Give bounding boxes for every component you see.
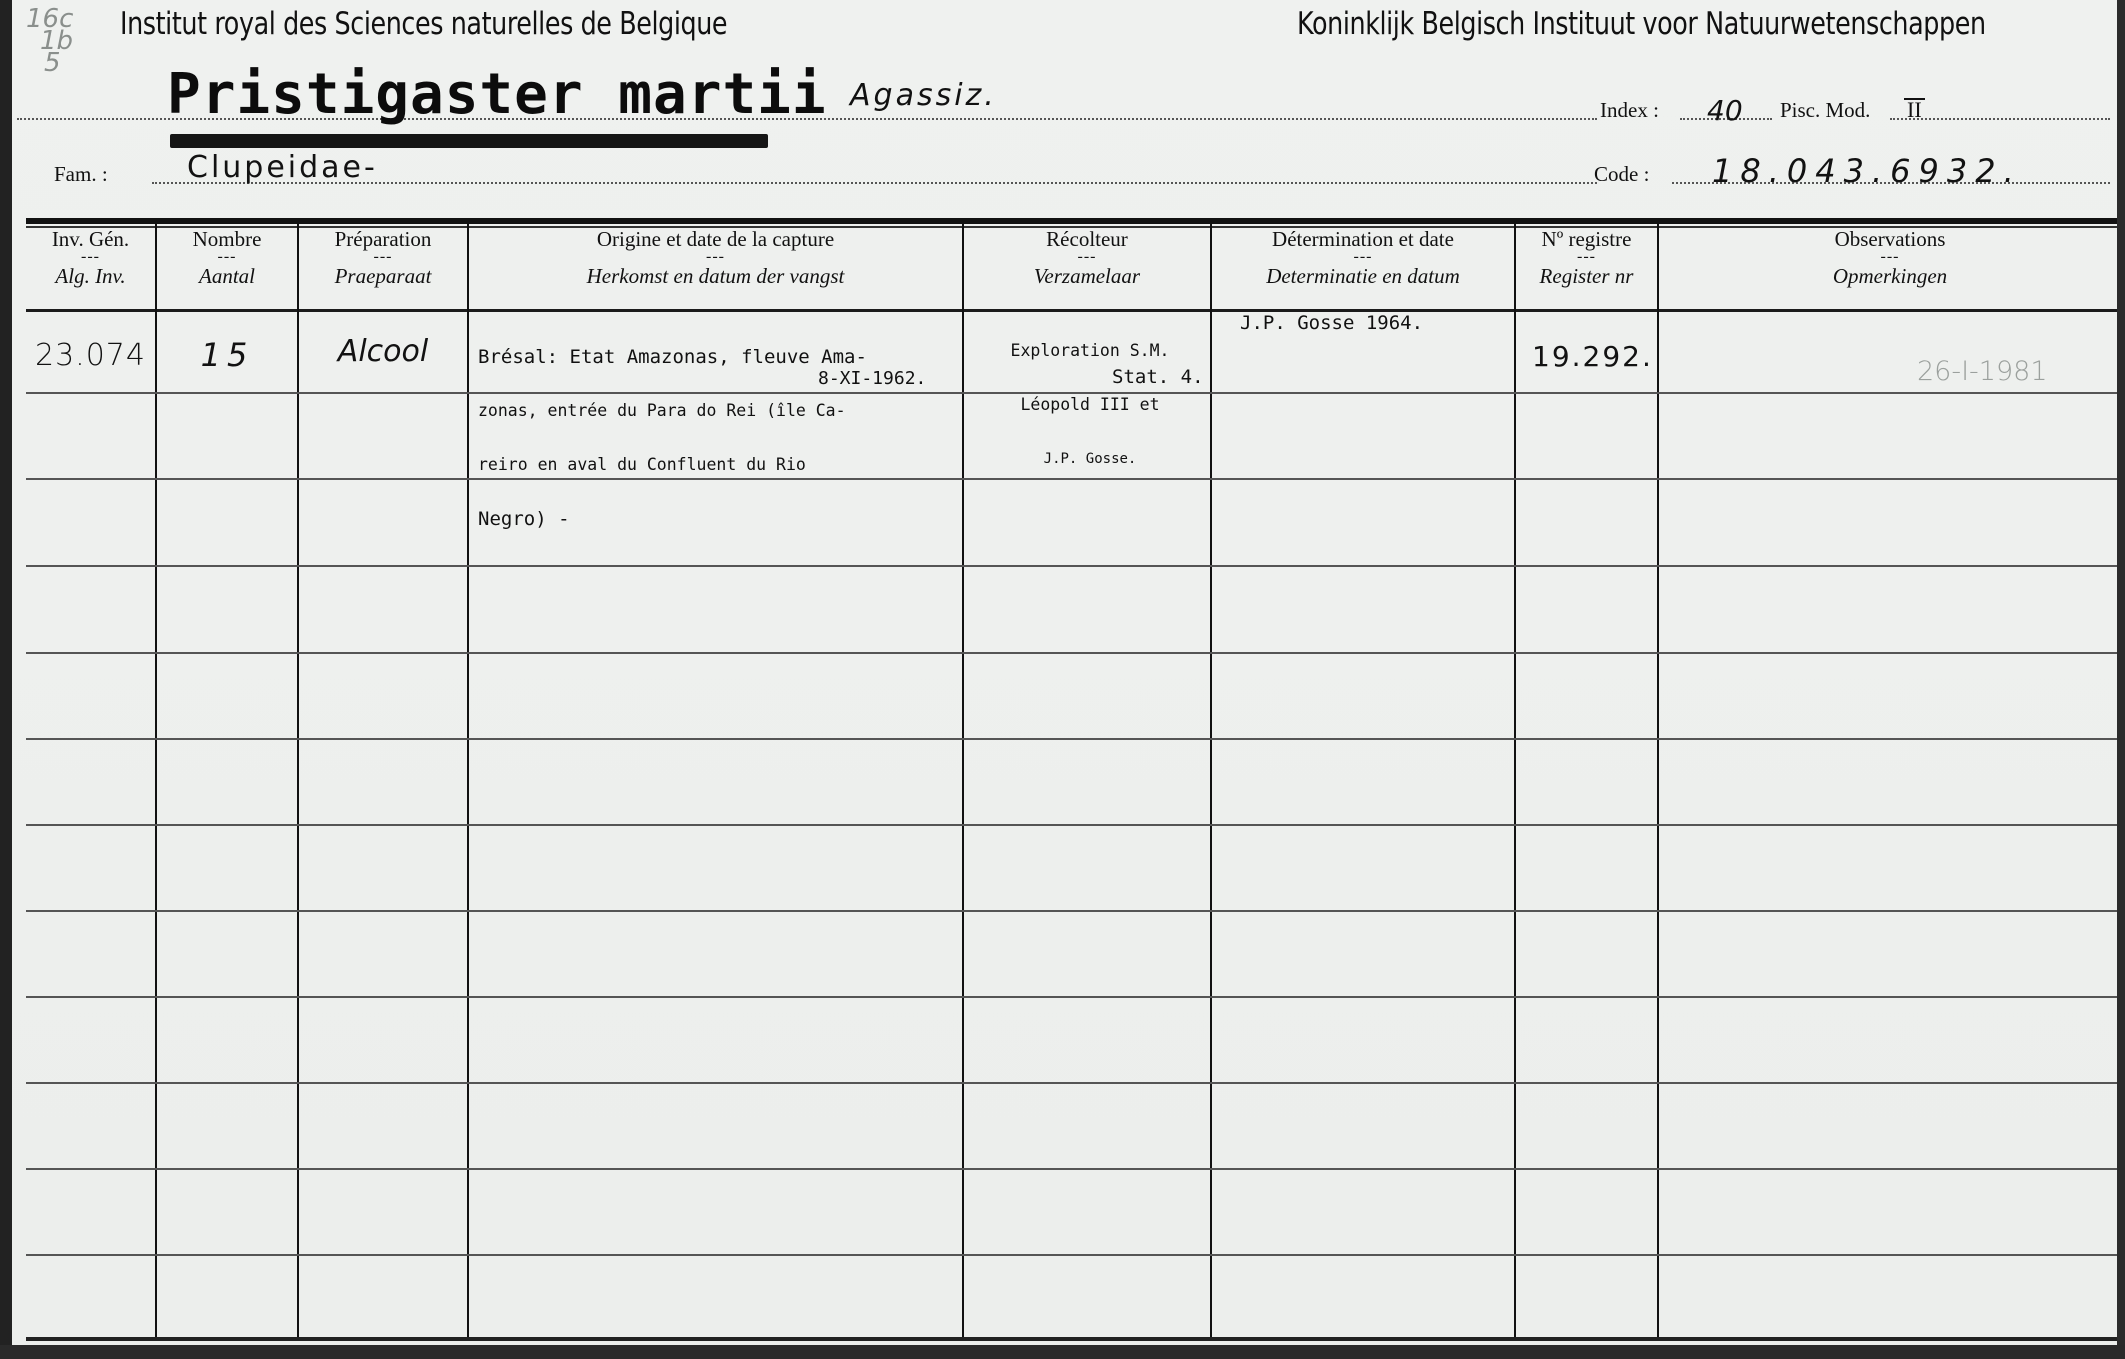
row-line <box>26 652 2121 654</box>
index-value: 40 <box>1707 94 1743 127</box>
column-header-nombre: Nombre --- Aantal <box>157 228 297 287</box>
column-header-preparation: Préparation --- Praeparaat <box>299 228 467 287</box>
header-fr: Origine et date de la capture <box>469 228 962 250</box>
cell-determination: J.P. Gosse 1964. <box>1240 314 1423 332</box>
pisc-mod-label: Pisc. Mod. <box>1780 98 1870 123</box>
cell-origine-date: 8-XI-1962. <box>818 370 926 388</box>
header-nl: Register nr <box>1516 265 1657 287</box>
header-fr: Préparation <box>299 228 467 250</box>
header-nl: Verzamelaar <box>964 265 1210 287</box>
header-fr: Observations <box>1659 228 2121 250</box>
row-line <box>26 1254 2121 1256</box>
header-fr: Nombre <box>157 228 297 250</box>
species-underline-bar <box>170 134 768 148</box>
column-header-registre: Nº registre --- Register nr <box>1516 228 1657 287</box>
cell-preparation: Alcool <box>299 334 467 369</box>
header-nl: Herkomst en datum der vangst <box>469 265 962 287</box>
origine-line: Brésal: Etat Amazonas, fleuve Ama- <box>478 348 867 366</box>
header-nl: Alg. Inv. <box>26 265 155 287</box>
header-fr: Nº registre <box>1516 228 1657 250</box>
header-separator: --- <box>1212 250 1514 264</box>
scan-left-edge <box>0 0 12 1359</box>
header-fr: Inv. Gén. <box>26 228 155 250</box>
recolteur-line: Léopold III et <box>972 396 1208 414</box>
column-header-observations: Observations --- Opmerkingen <box>1659 228 2121 287</box>
code-value: 18.043.6932. <box>1712 152 2022 190</box>
cell-inv-gen: 23.074 <box>26 338 155 373</box>
index-label: Index : <box>1600 98 1659 123</box>
row-line <box>26 910 2121 912</box>
scan-right-edge <box>2117 0 2125 1359</box>
header-separator: --- <box>1516 250 1657 264</box>
scan-bottom-edge <box>0 1345 2125 1359</box>
header-separator: --- <box>1659 250 2121 264</box>
row-line <box>26 1168 2121 1170</box>
family-value: Clupeidae- <box>187 150 378 185</box>
row-line <box>26 996 2121 998</box>
catalogue-card: 16c 1b 5 Institut royal des Sciences nat… <box>12 0 2117 1345</box>
institute-name-french: Institut royal des Sciences naturelles d… <box>120 6 727 42</box>
origine-line: zonas, entrée du Para do Rei (île Ca- <box>478 402 867 420</box>
recolteur-line: Exploration S.M. <box>972 342 1208 360</box>
header-nl: Praeparaat <box>299 265 467 287</box>
table-top-rule <box>26 218 2121 224</box>
row-line <box>26 565 2121 567</box>
header-nl: Aantal <box>157 265 297 287</box>
header-separator: --- <box>469 250 962 264</box>
row-line <box>26 824 2121 826</box>
header-nl: Opmerkingen <box>1659 265 2121 287</box>
cell-observations: 26-I-1981 <box>1917 356 2048 387</box>
institute-name-dutch: Koninklijk Belgisch Instituut voor Natuu… <box>1297 6 1986 42</box>
column-header-determination: Détermination et date --- Determinatie e… <box>1212 228 1514 287</box>
column-header-recolteur: Récolteur --- Verzamelaar <box>964 228 1210 287</box>
origine-line: Negro) - <box>478 510 867 528</box>
recolteur-line: J.P. Gosse. <box>972 450 1208 468</box>
header-separator: --- <box>157 250 297 264</box>
cell-nombre: 15 <box>157 336 297 374</box>
cell-recolteur-station: Stat. 4. <box>1112 368 1204 386</box>
cell-recolteur: Exploration S.M. Léopold III et J.P. Gos… <box>972 306 1208 504</box>
header-separator: --- <box>299 250 467 264</box>
origine-line: reiro en aval du Confluent du Rio <box>478 456 867 474</box>
species-name: Pristigaster martii <box>167 62 827 127</box>
header-separator: --- <box>964 250 1210 264</box>
family-label: Fam. : <box>54 162 108 187</box>
header-fr: Récolteur <box>964 228 1210 250</box>
table-bottom-rule <box>26 1337 2121 1341</box>
cell-registre: 19.292. <box>1532 340 1653 373</box>
margin-note-line: 5 <box>26 52 86 74</box>
column-header-origine: Origine et date de la capture --- Herkom… <box>469 228 962 287</box>
species-author: Agassiz. <box>850 78 997 113</box>
row-line <box>26 738 2121 740</box>
header-nl: Determinatie en datum <box>1212 265 1514 287</box>
code-label: Code : <box>1594 162 1649 187</box>
header-separator: --- <box>26 250 155 264</box>
header-fr: Détermination et date <box>1212 228 1514 250</box>
margin-note: 16c 1b 5 <box>26 8 86 74</box>
row-line <box>26 1082 2121 1084</box>
column-header-inv-gen: Inv. Gén. --- Alg. Inv. <box>26 228 155 287</box>
cell-origine: Brésal: Etat Amazonas, fleuve Ama- zonas… <box>478 312 867 564</box>
pisc-mod-value: II <box>1904 98 1925 120</box>
